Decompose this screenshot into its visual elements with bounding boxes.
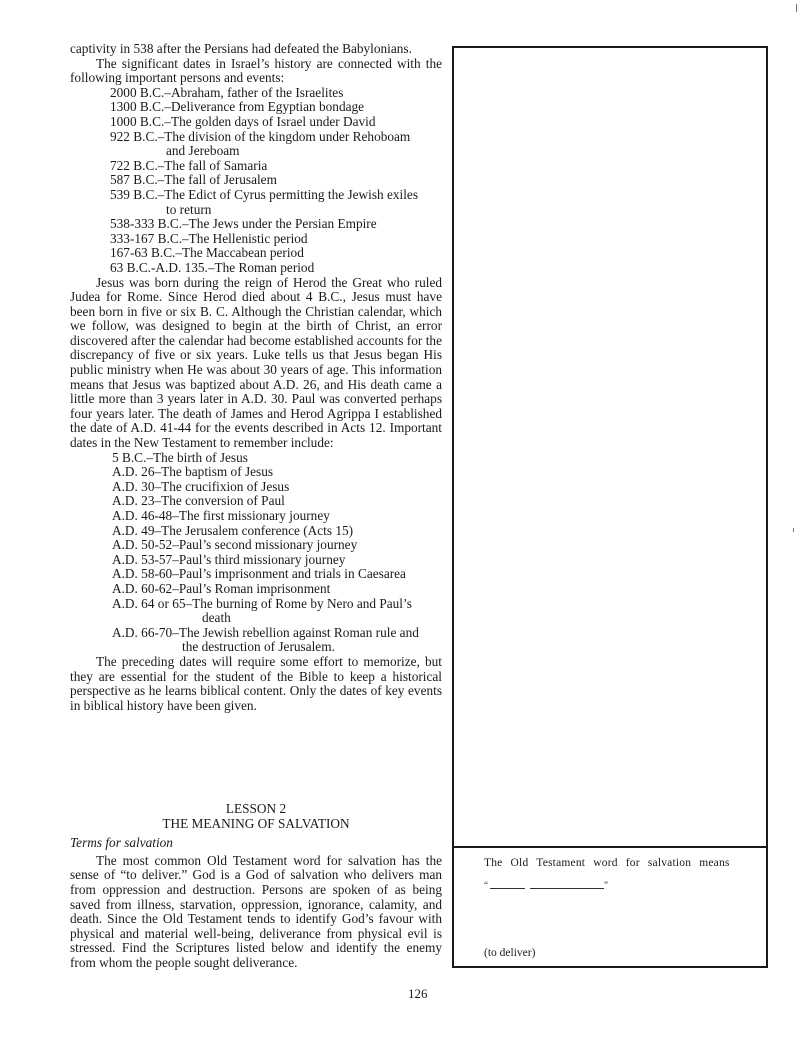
- list-item: A.D. 30–The crucifixion of Jesus: [70, 480, 442, 495]
- ot-dates-list: 2000 B.C.–Abraham, father of the Israeli…: [70, 86, 442, 276]
- left-text-column: captivity in 538 after the Persians had …: [70, 42, 442, 713]
- lesson-section: LESSON 2 THE MEANING OF SALVATION Terms …: [70, 802, 442, 971]
- close-quote: ”: [604, 878, 608, 892]
- list-item: 2000 B.C.–Abraham, father of the Israeli…: [70, 86, 442, 101]
- list-item: 333-167 B.C.–The Hellenistic period: [70, 232, 442, 247]
- nt-dates-list: 5 B.C.–The birth of Jesus A.D. 26–The ba…: [70, 451, 442, 655]
- list-item: A.D. 26–The baptism of Jesus: [70, 465, 442, 480]
- list-item: 722 B.C.–The fall of Samaria: [70, 159, 442, 174]
- list-item: 539 B.C.–The Edict of Cyrus permitting t…: [70, 188, 442, 217]
- lesson-paragraph: The most common Old Testament word for s…: [70, 854, 442, 971]
- list-item: A.D. 60-62–Paul’s Roman imprisonment: [70, 582, 442, 597]
- lesson-title: THE MEANING OF SALVATION: [70, 817, 442, 832]
- document-page: captivity in 538 after the Persians had …: [0, 0, 799, 1054]
- list-item: 63 B.C.-A.D. 135.–The Roman period: [70, 261, 442, 276]
- page-number: 126: [408, 986, 428, 1002]
- list-item: 922 B.C.–The division of the kingdom und…: [70, 130, 442, 159]
- response-box: The Old Testament word for salvation mea…: [452, 46, 768, 968]
- response-frame: The Old Testament word for salvation mea…: [484, 856, 754, 894]
- list-item: A.D. 46-48–The first missionary journey: [70, 509, 442, 524]
- list-item: A.D. 50-52–Paul’s second missionary jour…: [70, 538, 442, 553]
- list-item: A.D. 66-70–The Jewish rebellion against …: [70, 626, 442, 655]
- list-item: 167-63 B.C.–The Maccabean period: [70, 246, 442, 261]
- closing-paragraph: The preceding dates will require some ef…: [70, 655, 442, 713]
- list-item: A.D. 49–The Jerusalem conference (Acts 1…: [70, 524, 442, 539]
- section-subheading: Terms for salvation: [70, 836, 442, 851]
- open-quote: “: [484, 878, 488, 892]
- intro-line: captivity in 538 after the Persians had …: [70, 42, 442, 57]
- list-item: A.D. 58-60–Paul’s imprisonment and trial…: [70, 567, 442, 582]
- list-item: 1000 B.C.–The golden days of Israel unde…: [70, 115, 442, 130]
- box-divider: [454, 846, 766, 848]
- scan-mark: [793, 528, 794, 532]
- list-item: A.D. 23–The conversion of Paul: [70, 494, 442, 509]
- lesson-number: LESSON 2: [70, 802, 442, 817]
- list-item: A.D. 64 or 65–The burning of Rome by Ner…: [70, 597, 442, 626]
- list-item: 538-333 B.C.–The Jews under the Persian …: [70, 217, 442, 232]
- answer-blank[interactable]: “ ”: [484, 880, 754, 894]
- ot-dates-intro: The significant dates in Israel’s histor…: [70, 57, 442, 86]
- scan-mark: [796, 4, 797, 12]
- list-item: A.D. 53-57–Paul’s third missionary journ…: [70, 553, 442, 568]
- blank-rule: [530, 888, 604, 889]
- list-item: 587 B.C.–The fall of Jerusalem: [70, 173, 442, 188]
- blank-rule: [490, 888, 525, 889]
- nt-paragraph: Jesus was born during the reign of Herod…: [70, 276, 442, 451]
- frame-question: The Old Testament word for salvation mea…: [484, 856, 754, 870]
- list-item: 1300 B.C.–Deliverance from Egyptian bond…: [70, 100, 442, 115]
- list-item: 5 B.C.–The birth of Jesus: [70, 451, 442, 466]
- answer-key: (to deliver): [484, 946, 535, 960]
